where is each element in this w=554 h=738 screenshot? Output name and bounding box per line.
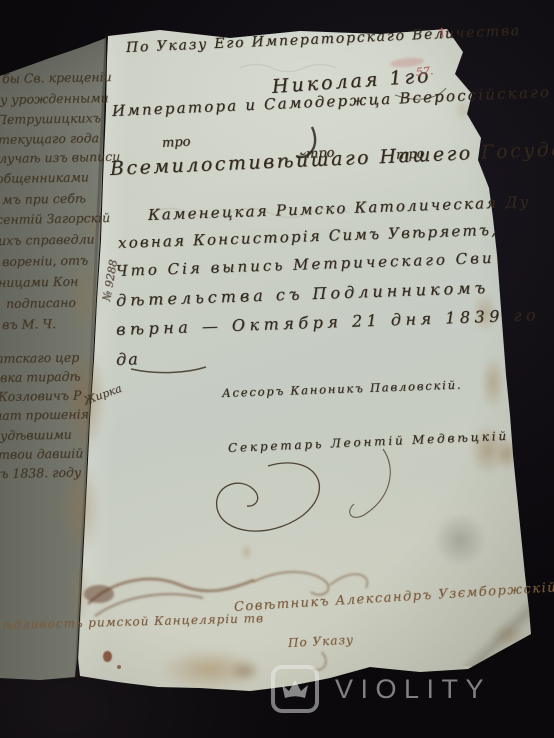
ink-spot: [117, 665, 121, 669]
ink-spot: [103, 651, 112, 662]
left-page-line: вореніи, отъ: [2, 252, 88, 269]
corner-fold-shade: [462, 598, 547, 666]
red-pencil-check: ↑: [436, 26, 449, 42]
left-page-line: бы Св. крещеніи: [2, 69, 112, 86]
left-page-line: подписано: [6, 295, 76, 311]
etcetera-mark: тро: [162, 135, 191, 151]
watermark-icon-frame: [271, 665, 319, 713]
left-page-line: мъ при себѣ: [2, 191, 86, 207]
left-page-line: ницами Кон: [0, 274, 78, 290]
body-line: да: [116, 349, 140, 369]
document-scene: По Указу Его Императорскаго Величества Н…: [0, 0, 554, 738]
crown-icon: [280, 678, 310, 700]
photo-of-document: По Указу Его Императорскаго Величества Н…: [0, 0, 554, 738]
left-page-line: вка тирадѣ: [0, 369, 81, 385]
watermark-brand: VIOLITY: [335, 674, 491, 705]
violity-watermark: VIOLITY: [271, 665, 491, 713]
left-page-line: ихъ справедли: [0, 231, 95, 248]
left-page-line: нат прошенія: [0, 406, 89, 423]
left-page-line: ъ 1838. году: [0, 465, 81, 481]
left-page-line: твои давшій: [0, 446, 83, 462]
water-stain: [142, 642, 277, 697]
left-page-line: Петрушицкихъ: [0, 110, 101, 127]
water-stain: [462, 415, 514, 485]
left-page-line: случаѣ изъ выписи: [0, 149, 120, 166]
left-page-line: Козловичъ Р: [0, 388, 81, 404]
left-page-line: въ М. Ч.: [2, 316, 56, 332]
water-stain: [238, 540, 255, 564]
left-page-line: общенниками: [0, 169, 89, 186]
left-page-line: текущаго года: [0, 130, 99, 147]
left-page-line: атскаго цер: [0, 350, 79, 366]
left-page-line: удѣвшими: [0, 427, 72, 443]
red-pencil-number: 57.: [415, 64, 434, 79]
water-stain: [222, 655, 267, 687]
left-page-line: сентій Загорскій: [0, 210, 110, 227]
left-page-line: у урожденными: [0, 90, 109, 107]
water-stain: [476, 345, 510, 420]
water-stain: [484, 618, 532, 652]
ghost-ink-smudge: [420, 500, 500, 580]
